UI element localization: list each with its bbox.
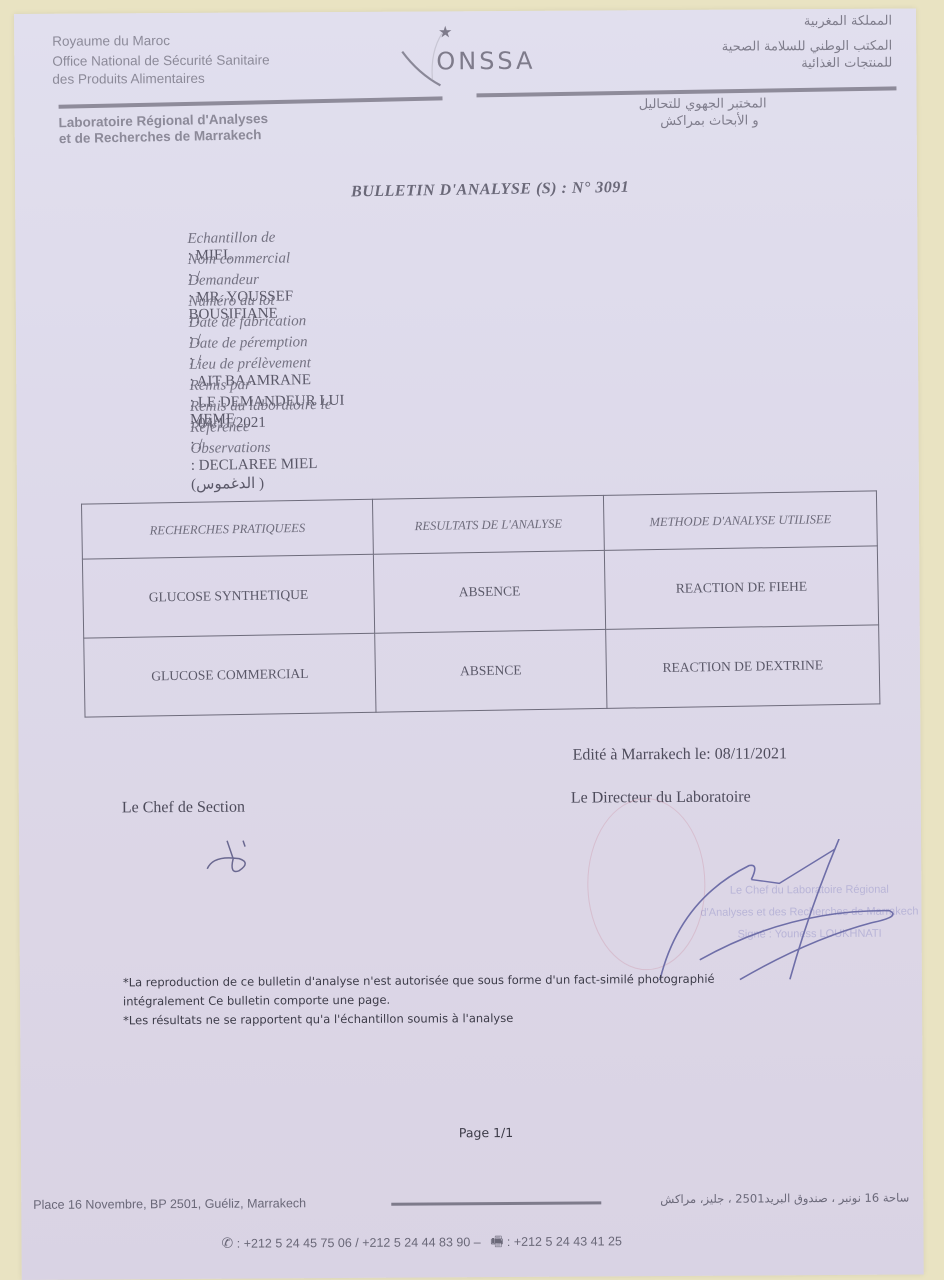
field-echantillon: Echantillon de: MIEL [187,228,367,252]
fax-icon: 🖷 [490,1233,503,1249]
document-page: Royaume du Maroc Office National de Sécu… [14,8,924,1279]
footer-address-ar: ساحة 16 نونبر ، صندوق البريد2501 ، جليز،… [660,1191,909,1207]
results-table: RECHERCHES PRATIQUEES RESULTATS DE L'ANA… [81,490,880,717]
table-row: GLUCOSE COMMERCIAL ABSENCE REACTION DE D… [84,625,880,717]
field-numero-lot: Numéro du lot: / [188,291,368,315]
bulletin-title: BULLETIN D'ANALYSE (S) : N° 3091 [351,179,630,202]
field-reference: Référence: / [190,417,370,441]
lab-ar-line2: و الأبحاث بمراكش [507,112,767,131]
office-ar-line2: للمنتجات الغذائية [592,55,892,74]
cell-resultat: ABSENCE [375,629,607,712]
footer-divider [391,1201,601,1205]
chef-section-title: Le Chef de Section [122,799,245,818]
field-date-peremption: Date de péremption: / [189,333,369,357]
lab-ar-line1: المختبر الجهوي للتحاليل [507,95,767,114]
field-date-fabrication: Date de fabrication: / [189,312,369,336]
cell-recherche: GLUCOSE SYNTHETIQUE [82,554,374,638]
footer-contacts: ✆ : +212 5 24 45 75 06 / +212 5 24 44 83… [221,1230,622,1256]
col-header-methode: METHODE D'ANALYSE UTILISEE [603,491,877,551]
chef-signature-icon [199,834,269,884]
field-remis-par: Remis par: LE DEMANDEUR LUI MEME [189,375,369,399]
cell-resultat: ABSENCE [373,550,605,633]
header-rule-left [59,96,443,108]
page-number: Page 1/1 [459,1123,513,1142]
table-row: GLUCOSE SYNTHETIQUE ABSENCE REACTION DE … [82,546,878,638]
edited-date: Edité à Marrakech le: 08/11/2021 [572,745,787,764]
field-observations: Observations: DECLAREE MIEL (الدغموس ) [190,438,370,462]
field-demandeur: Demandeur: MR. YOUSSEF BOUSIFIANE [188,270,368,294]
logo-text: ONSSA [436,47,535,76]
lab-name-ar: المختبر الجهوي للتحاليل و الأبحاث بمراكش [507,95,767,131]
note-line3: *Les résultats ne se rapportent qu'a l'é… [123,1007,853,1030]
svg-text:★: ★ [438,22,452,41]
cell-methode: REACTION DE DEXTRINE [606,625,880,709]
phone-icon: ✆ [221,1235,233,1251]
field-nom-commercial: Nom commercial: / [188,249,368,273]
field-lieu-prelevement: Lieu de prélèvement: AIT BAAMRANE [189,354,369,378]
cell-recherche: GLUCOSE COMMERCIAL [84,633,376,717]
kingdom-fr: Royaume du Maroc [52,30,269,51]
onssa-logo: ★ ONSSA [394,20,594,101]
field-remis-laboratoire: Remis au laboratoire le: 04/11/2021 [190,396,370,420]
cell-methode: REACTION DE FIEHE [604,546,878,630]
header-right: المملكة المغربية المكتب الوطني للسلامة ا… [592,13,892,74]
kingdom-ar: المملكة المغربية [592,13,892,32]
lab-fr-line2: et de Recherches de Marrakech [59,127,269,147]
footer-address-fr: Place 16 Novembre, BP 2501, Guéliz, Marr… [33,1196,306,1212]
header-left: Royaume du Maroc Office National de Sécu… [52,30,270,89]
office-ar-line1: المكتب الوطني للسلامة الصحية [592,38,892,57]
col-header-recherches: RECHERCHES PRATIQUEES [82,499,374,559]
director-signature-icon [639,839,900,991]
footer-fax: : +212 5 24 43 41 25 [507,1234,622,1249]
office-fr-line2: des Produits Alimentaires [52,68,269,89]
disclaimer-notes: *La reproduction de ce bulletin d'analys… [123,969,853,1030]
footer-phones: : +212 5 24 45 75 06 / +212 5 24 44 83 9… [237,1235,481,1250]
col-header-resultats: RESULTATS DE L'ANALYSE [372,495,604,554]
lab-name-fr: Laboratoire Régional d'Analyses et de Re… [58,111,268,147]
